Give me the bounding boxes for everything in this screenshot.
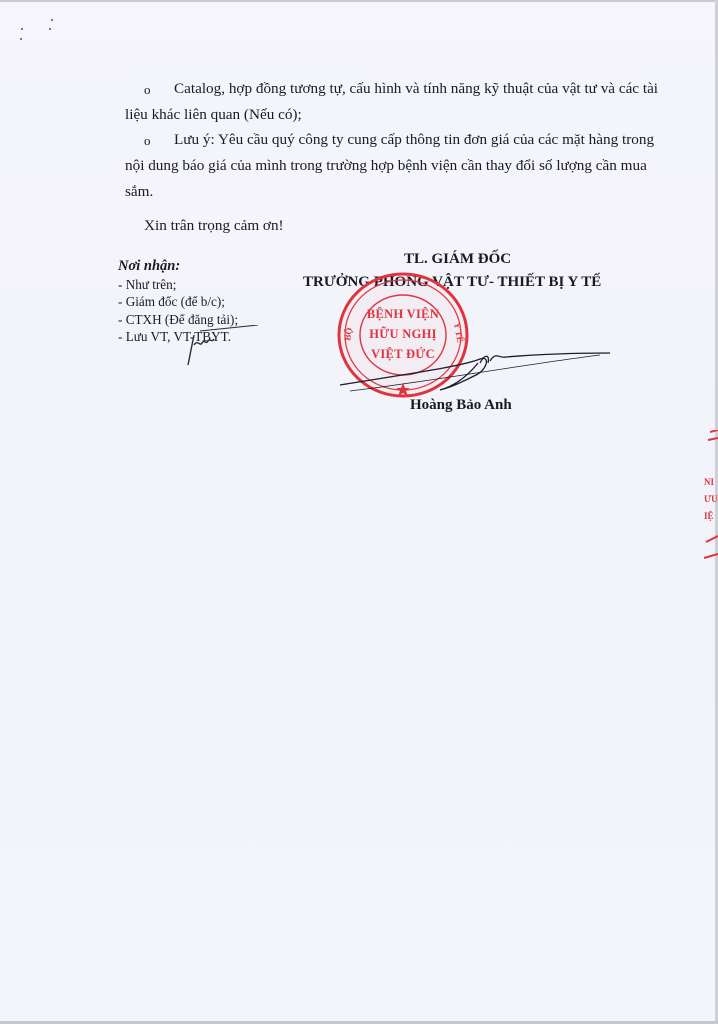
recipients-title: Nơi nhận:: [118, 258, 238, 276]
scan-speck: [49, 28, 51, 30]
signature-title-1: TL. GIÁM ĐỐC: [404, 251, 511, 268]
initials-mark: [180, 325, 260, 370]
svg-text:NI: NI: [704, 477, 714, 487]
stamp-line-2: HỮU NGHỊ: [336, 327, 470, 342]
bullet-1-line-1: Catalog, hợp đồng tương tự, cấu hình và …: [174, 80, 658, 98]
signer-name: Hoàng Bảo Anh: [410, 397, 512, 414]
svg-text:ƯU: ƯU: [704, 494, 718, 504]
bullet-1-line-2: liệu khác liên quan (Nếu có);: [125, 106, 302, 124]
closing-text: Xin trân trọng cảm ơn!: [144, 217, 284, 235]
bullet-marker: o: [144, 82, 151, 98]
scan-speck: [21, 28, 23, 30]
scan-speck: [20, 38, 22, 40]
handwritten-signature: [340, 345, 610, 395]
bullet-2-line-2: nội dung báo giá của mình trong trường h…: [125, 157, 647, 175]
scanned-page: o Catalog, hợp đồng tương tự, cấu hình v…: [0, 0, 718, 1024]
svg-text:IỆ: IỆ: [704, 511, 714, 521]
scan-speck: [51, 19, 53, 21]
edge-seal-fragment: NI ƯU IỆ: [700, 430, 718, 600]
stamp-line-1: BỆNH VIỆN: [336, 307, 470, 322]
bullet-2-line-3: sắm.: [125, 183, 153, 201]
recipient-item: - Giám đốc (để b/c);: [118, 293, 238, 311]
bullet-marker: o: [144, 133, 151, 149]
bullet-2-line-1: Lưu ý: Yêu cầu quý công ty cung cấp thôn…: [174, 131, 654, 149]
recipient-item: - Như trên;: [118, 276, 238, 294]
page-top-edge: [0, 0, 718, 2]
